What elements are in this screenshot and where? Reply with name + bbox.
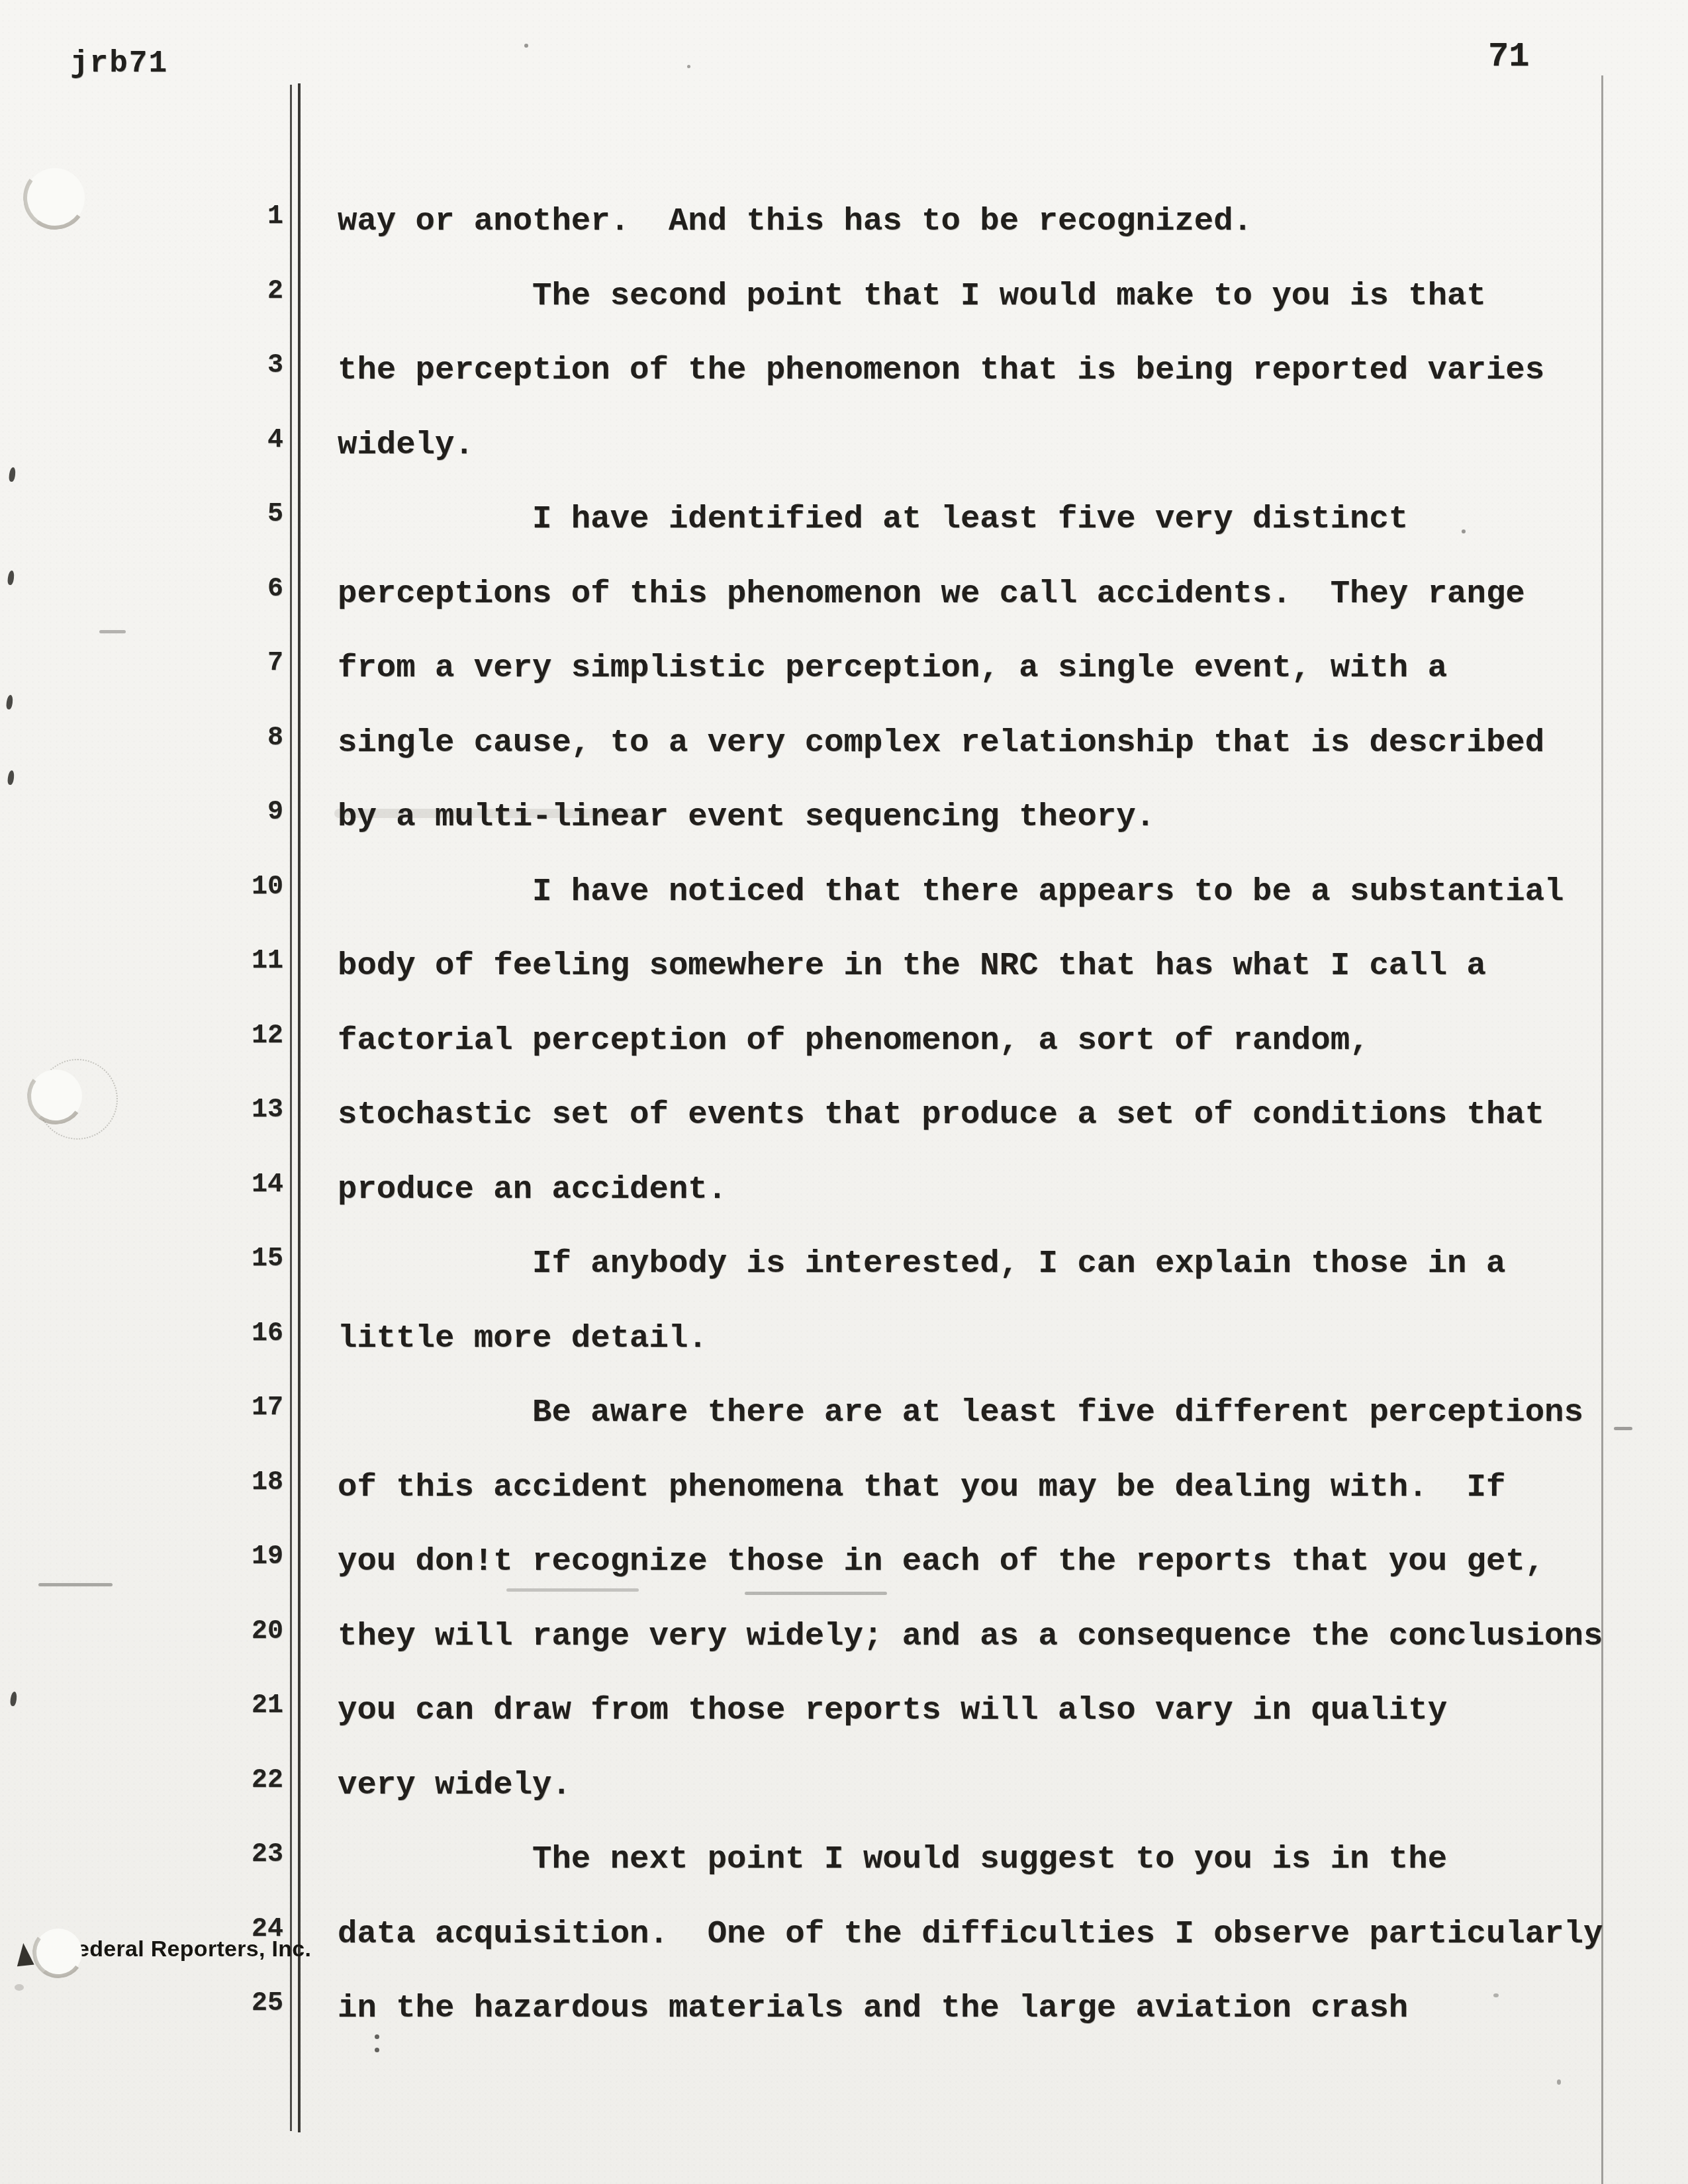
line-text: very widely.: [338, 1748, 571, 1823]
line-text: perceptions of this phenomenon we call a…: [338, 557, 1525, 631]
page-number: 71: [1488, 37, 1529, 76]
line-number: 2: [0, 255, 283, 330]
transcript-line: 3the perception of the phenomenon that i…: [0, 333, 1688, 408]
line-number: 16: [0, 1297, 283, 1372]
line-number: 22: [0, 1744, 283, 1819]
line-number: 14: [0, 1148, 283, 1223]
line-number: 6: [0, 553, 283, 627]
line-text: I have noticed that there appears to be …: [338, 854, 1564, 929]
line-text: stochastic set of events that produce a …: [338, 1077, 1544, 1152]
line-number: 12: [0, 999, 283, 1074]
scan-dash: [99, 630, 126, 633]
transcript-body: 1way or another. And this has to be reco…: [0, 184, 1688, 2046]
transcript-line: 5 I have identified at least five very d…: [0, 482, 1688, 557]
line-text: The second point that I would make to yo…: [338, 259, 1486, 334]
transcript-line: 9by a multi-linear event sequencing theo…: [0, 780, 1688, 854]
line-number: 9: [0, 776, 283, 850]
transcript-line: 25in the hazardous materials and the lar…: [0, 1971, 1688, 2046]
transcript-line: 8single cause, to a very complex relatio…: [0, 705, 1688, 780]
line-text: single cause, to a very complex relation…: [338, 705, 1544, 780]
typist-code: jrb71: [70, 46, 168, 81]
transcript-line: 15 If anybody is interested, I can expla…: [0, 1226, 1688, 1301]
transcript-line: 17 Be aware there are at least five diff…: [0, 1375, 1688, 1450]
line-text: If anybody is interested, I can explain …: [338, 1226, 1505, 1301]
line-number: 7: [0, 627, 283, 702]
line-number: 3: [0, 329, 283, 404]
line-number: 11: [0, 925, 283, 999]
scan-dash: [506, 1588, 639, 1592]
line-text: factorial perception of phenomenon, a so…: [338, 1003, 1369, 1078]
line-number: 5: [0, 478, 283, 553]
transcript-line: 1way or another. And this has to be reco…: [0, 184, 1688, 259]
scan-dash: [38, 1583, 113, 1586]
line-number: 21: [0, 1669, 283, 1744]
line-text: you don!t recognize those in each of the…: [338, 1524, 1544, 1599]
scan-speck: [1493, 1993, 1499, 1997]
reporter-firm: ederal Reporters, Inc.: [77, 1936, 311, 1962]
line-number: 23: [0, 1818, 283, 1893]
scan-speck: [15, 1984, 24, 1991]
transcript-line: 16little more detail.: [0, 1301, 1688, 1376]
transcript-line: 19you don!t recognize those in each of t…: [0, 1524, 1688, 1599]
line-text: The next point I would suggest to you is…: [338, 1822, 1447, 1897]
scan-dash: [1614, 1427, 1632, 1430]
transcript-line: 11body of feeling somewhere in the NRC t…: [0, 929, 1688, 1003]
firm-logo-fragment: [15, 1942, 34, 1967]
line-text: way or another. And this has to be recog…: [338, 184, 1252, 259]
transcript-line: 4widely.: [0, 408, 1688, 482]
line-number: 20: [0, 1595, 283, 1670]
transcript-line: 20they will range very widely; and as a …: [0, 1599, 1688, 1674]
line-number: 10: [0, 850, 283, 925]
line-number: 15: [0, 1222, 283, 1297]
line-text: from a very simplistic perception, a sin…: [338, 631, 1447, 705]
hole-punch-top: [25, 168, 85, 228]
line-text: Be aware there are at least five differe…: [338, 1375, 1583, 1450]
line-number: 4: [0, 404, 283, 478]
line-text: produce an accident.: [338, 1152, 727, 1227]
line-text: they will range very widely; and as a co…: [338, 1599, 1603, 1674]
line-text: body of feeling somewhere in the NRC tha…: [338, 929, 1486, 1003]
line-text: widely.: [338, 408, 474, 482]
line-text: in the hazardous materials and the large…: [338, 1971, 1408, 2046]
scan-speck: [1462, 529, 1466, 533]
line-text: data acquisition. One of the difficultie…: [338, 1897, 1603, 1972]
transcript-line: 2 The second point that I would make to …: [0, 259, 1688, 334]
hole-punch-bottom: [34, 1929, 82, 1976]
transcript-line: 12factorial perception of phenomenon, a …: [0, 1003, 1688, 1078]
transcript-line: 14produce an accident.: [0, 1152, 1688, 1227]
line-text: by a multi-linear event sequencing theor…: [338, 780, 1155, 854]
hole-punch-middle: [29, 1069, 82, 1122]
transcript-line: 10 I have noticed that there appears to …: [0, 854, 1688, 929]
line-number: 18: [0, 1446, 283, 1521]
scan-speck: [1557, 2079, 1561, 2085]
scan-speck: [687, 65, 690, 68]
transcript-page: jrb71 71 1way or another. And this has t…: [0, 0, 1688, 2184]
transcript-line: 13stochastic set of events that produce …: [0, 1077, 1688, 1152]
scan-colon-mark: [375, 2034, 379, 2039]
transcript-line: 22very widely.: [0, 1748, 1688, 1823]
transcript-line: 21you can draw from those reports will a…: [0, 1673, 1688, 1748]
line-text: you can draw from those reports will als…: [338, 1673, 1447, 1748]
line-number: 17: [0, 1371, 283, 1446]
line-text: I have identified at least five very dis…: [338, 482, 1408, 557]
line-text: little more detail.: [338, 1301, 708, 1376]
line-number: 8: [0, 702, 283, 776]
scan-dash: [745, 1592, 887, 1595]
line-text: of this accident phenomena that you may …: [338, 1450, 1505, 1525]
transcript-line: 7from a very simplistic perception, a si…: [0, 631, 1688, 705]
transcript-line: 6perceptions of this phenomenon we call …: [0, 557, 1688, 631]
line-number: 25: [0, 1967, 283, 2042]
transcript-line: 18of this accident phenomena that you ma…: [0, 1450, 1688, 1525]
transcript-line: 23 The next point I would suggest to you…: [0, 1822, 1688, 1897]
scan-speck: [524, 44, 528, 48]
line-text: the perception of the phenomenon that is…: [338, 333, 1544, 408]
